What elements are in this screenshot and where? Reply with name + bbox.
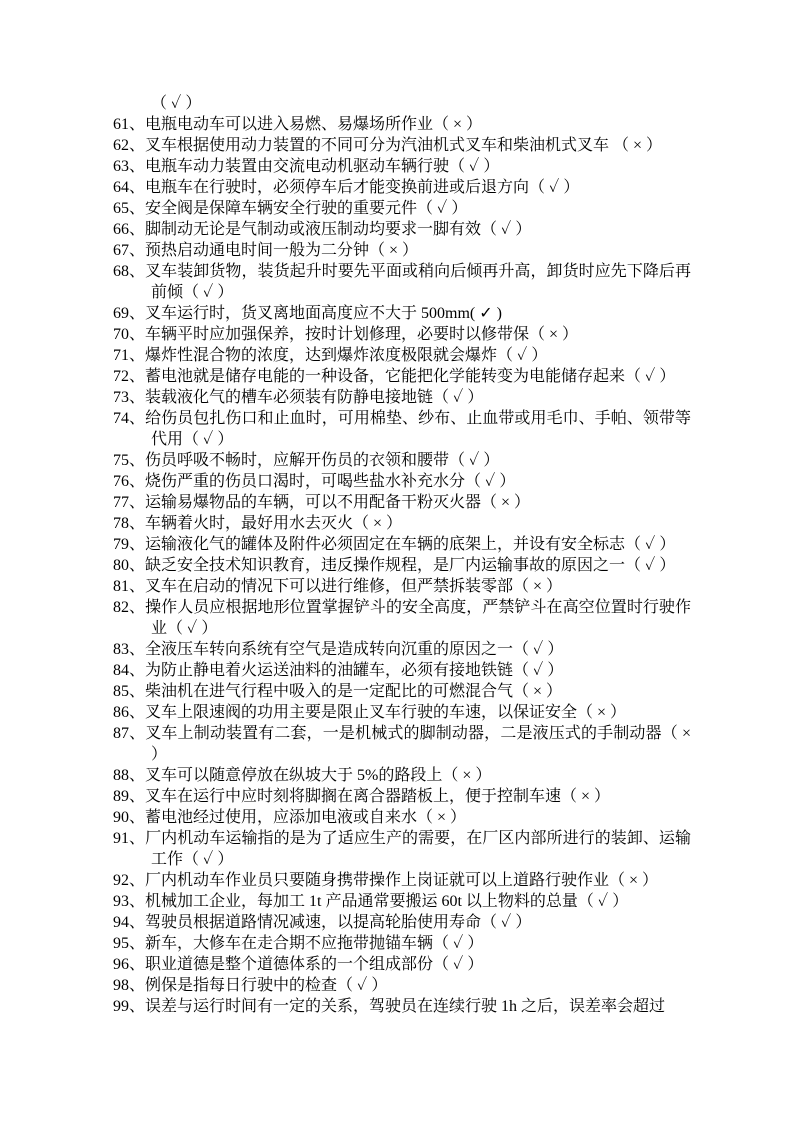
- question-line-81: 81、叉车在启动的情况下可以进行维修，但严禁拆装零部（ × ）: [113, 576, 691, 597]
- question-line-88: 88、叉车可以随意停放在纵坡大于 5%的路段上（ × ）: [113, 765, 691, 786]
- question-line-67: 67、预热启动通电时间一般为二分钟（ × ）: [113, 240, 691, 261]
- continuation-answer-line: （ ✓ ）: [113, 93, 691, 114]
- question-line-86: 86、叉车上限速阀的功用主要是限止叉车行驶的车速，以保证安全（ × ）: [113, 702, 691, 723]
- question-line-92: 92、厂内机动车作业员只要随身携带操作上岗证就可以上道路行驶作业（ × ）: [113, 870, 691, 891]
- question-line-62: 62、叉车根据使用动力装置的不同可分为汽油机式叉车和柴油机式叉车 （ × ）: [113, 135, 691, 156]
- question-line-71: 71、爆炸性混合物的浓度，达到爆炸浓度极限就会爆炸（ ✓ ）: [113, 345, 691, 366]
- question-line-65: 65、安全阀是保障车辆安全行驶的重要元件（ ✓ ）: [113, 198, 691, 219]
- document-page: （ ✓ ）61、电瓶电动车可以进入易燃、易爆场所作业（ × ）62、叉车根据使用…: [0, 0, 793, 1122]
- question-line-80: 80、缺乏安全技术知识教育，违反操作规程，是厂内运输事故的原因之一（ ✓ ）: [113, 555, 691, 576]
- question-line-91: 91、厂内机动车运输指的是为了适应生产的需要，在厂区内部所进行的装卸、运输工作（…: [113, 828, 691, 870]
- question-line-76: 76、烧伤严重的伤员口渴时，可喝些盐水补充水分（ ✓ ）: [113, 471, 691, 492]
- question-line-74: 74、给伤员包扎伤口和止血时，可用棉垫、纱布、止血带或用毛巾、手帕、领带等代用（…: [113, 408, 691, 450]
- question-line-63: 63、电瓶车动力装置由交流电动机驱动车辆行驶（ ✓ ）: [113, 156, 691, 177]
- question-line-87: 87、叉车上制动装置有二套，一是机械式的脚制动器，二是液压式的手制动器（ × ）: [113, 723, 691, 765]
- question-list: （ ✓ ）61、电瓶电动车可以进入易燃、易爆场所作业（ × ）62、叉车根据使用…: [113, 93, 691, 1017]
- question-line-99: 99、误差与运行时间有一定的关系，驾驶员在连续行驶 1h 之后，误差率会超过: [113, 996, 691, 1017]
- question-line-90: 90、蓄电池经过使用，应添加电液或自来水（ × ）: [113, 807, 691, 828]
- question-line-68: 68、叉车装卸货物，装货起升时要先平面或稍向后倾再升高，卸货时应先下降后再前倾（…: [113, 261, 691, 303]
- question-line-70: 70、车辆平时应加强保养，按时计划修理，必要时以修带保（ × ）: [113, 324, 691, 345]
- question-line-84: 84、为防止静电着火运送油料的油罐车，必须有接地铁链（ ✓ ）: [113, 660, 691, 681]
- question-line-96: 96、职业道德是整个道德体系的一个组成部份（ ✓ ）: [113, 954, 691, 975]
- question-line-98: 98、例保是指每日行驶中的检查（ ✓ ）: [113, 975, 691, 996]
- question-line-85: 85、柴油机在进气行程中吸入的是一定配比的可燃混合气（ × ）: [113, 681, 691, 702]
- question-line-77: 77、运输易爆物品的车辆，可以不用配备干粉灭火器（ × ）: [113, 492, 691, 513]
- question-line-64: 64、电瓶车在行驶时，必须停车后才能变换前进或后退方向（ ✓ ）: [113, 177, 691, 198]
- question-line-61: 61、电瓶电动车可以进入易燃、易爆场所作业（ × ）: [113, 114, 691, 135]
- question-line-94: 94、驾驶员根据道路情况减速，以提高轮胎使用寿命（ ✓ ）: [113, 912, 691, 933]
- question-line-83: 83、全液压车转向系统有空气是造成转向沉重的原因之一（ ✓ ）: [113, 639, 691, 660]
- question-line-79: 79、运输液化气的罐体及附件必须固定在车辆的底架上，并设有安全标志（ ✓ ）: [113, 534, 691, 555]
- question-line-69: 69、叉车运行时，货叉离地面高度应不大于 500mm( ✓ ): [113, 303, 691, 324]
- question-line-95: 95、新车，大修车在走合期不应拖带抛锚车辆（ ✓ ）: [113, 933, 691, 954]
- question-line-89: 89、叉车在运行中应时刻将脚搁在离合器踏板上，便于控制车速（ × ）: [113, 786, 691, 807]
- question-line-75: 75、伤员呼吸不畅时，应解开伤员的衣领和腰带（ ✓ ）: [113, 450, 691, 471]
- question-line-66: 66、脚制动无论是气制动或液压制动均要求一脚有效（ ✓ ）: [113, 219, 691, 240]
- question-line-93: 93、机械加工企业，每加工 1t 产品通常要搬运 60t 以上物料的总量（ ✓ …: [113, 891, 691, 912]
- question-line-73: 73、装载液化气的槽车必须装有防静电接地链（ ✓ ）: [113, 387, 691, 408]
- question-line-78: 78、车辆着火时，最好用水去灭火（ × ）: [113, 513, 691, 534]
- question-line-82: 82、操作人员应根据地形位置掌握铲斗的安全高度，严禁铲斗在高空位置时行驶作业（ …: [113, 597, 691, 639]
- question-line-72: 72、蓄电池就是储存电能的一种设备，它能把化学能转变为电能储存起来（ ✓ ）: [113, 366, 691, 387]
